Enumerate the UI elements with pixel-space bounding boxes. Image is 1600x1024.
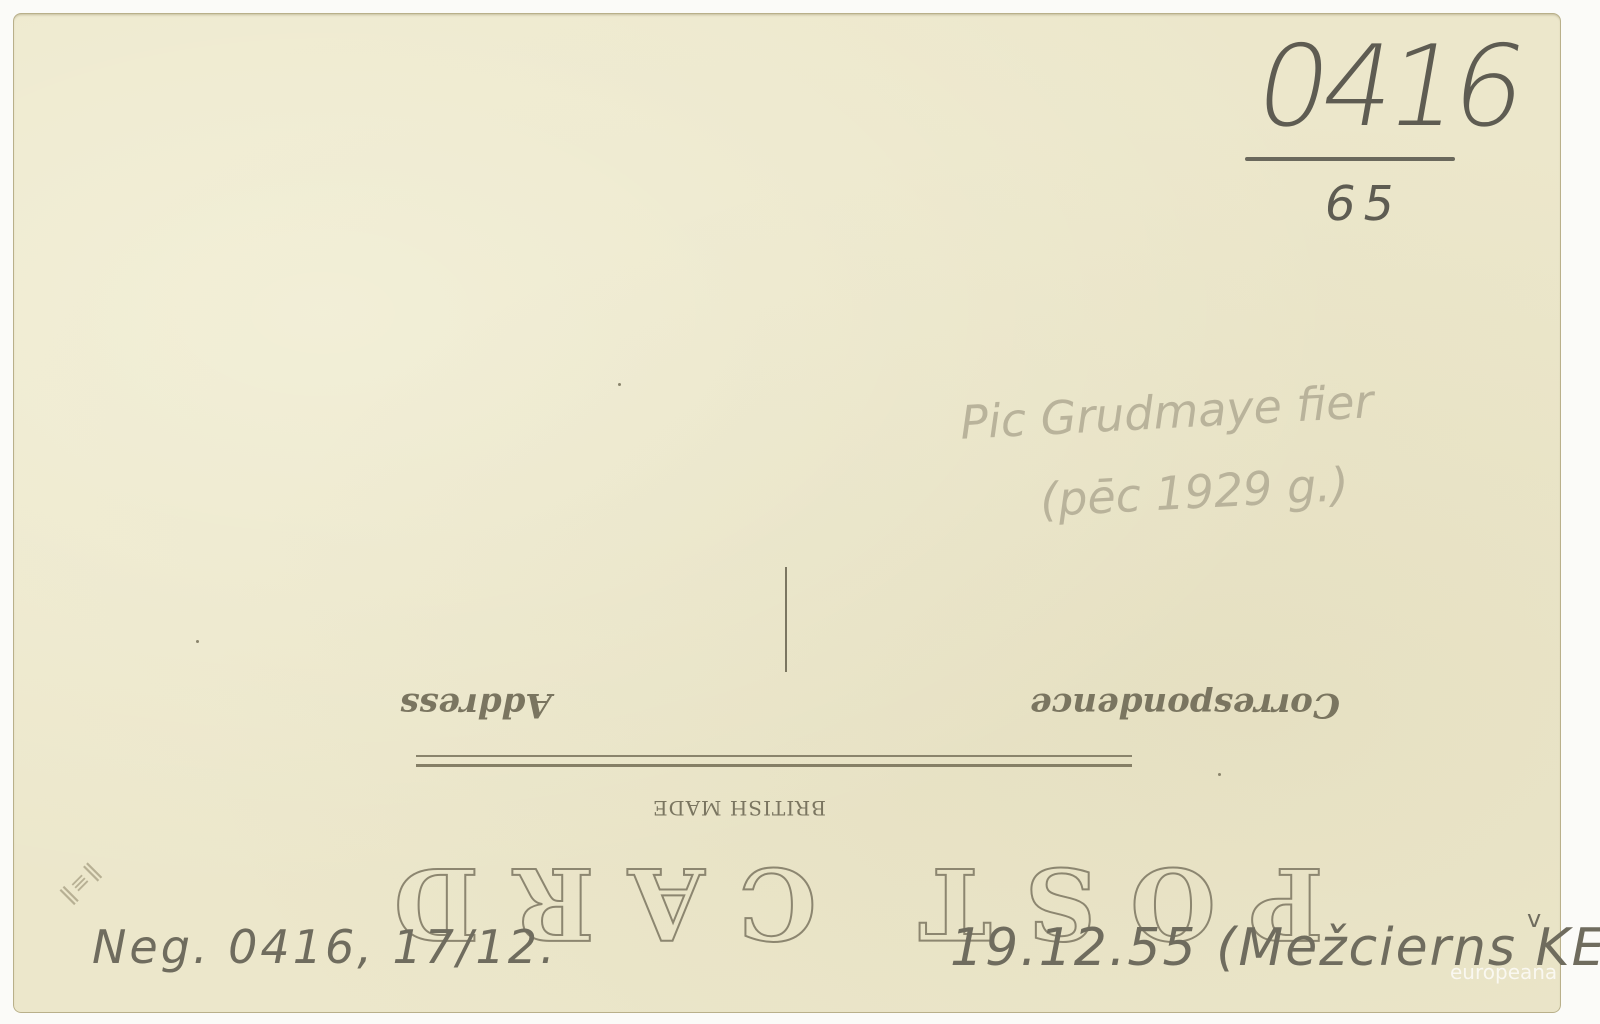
double-rule-top [416, 755, 1132, 757]
british-made-label: BRITISH MADE [652, 796, 826, 820]
check-mark: v [1527, 905, 1541, 933]
paper-speck [1218, 773, 1221, 776]
paper-speck [618, 383, 621, 386]
address-label: Address [400, 685, 552, 725]
paper-speck [196, 640, 199, 643]
fraction-line [1245, 157, 1455, 161]
double-rule-bottom [416, 764, 1132, 767]
catalog-number: 0416 [1247, 22, 1531, 152]
divider-line [785, 567, 787, 672]
correspondence-label: Correspondence [1030, 685, 1340, 725]
catalog-denominator: 65 [1320, 176, 1407, 232]
watermark: europeana [1450, 960, 1557, 984]
negative-reference: Neg. 0416, 17/12. [92, 920, 558, 974]
